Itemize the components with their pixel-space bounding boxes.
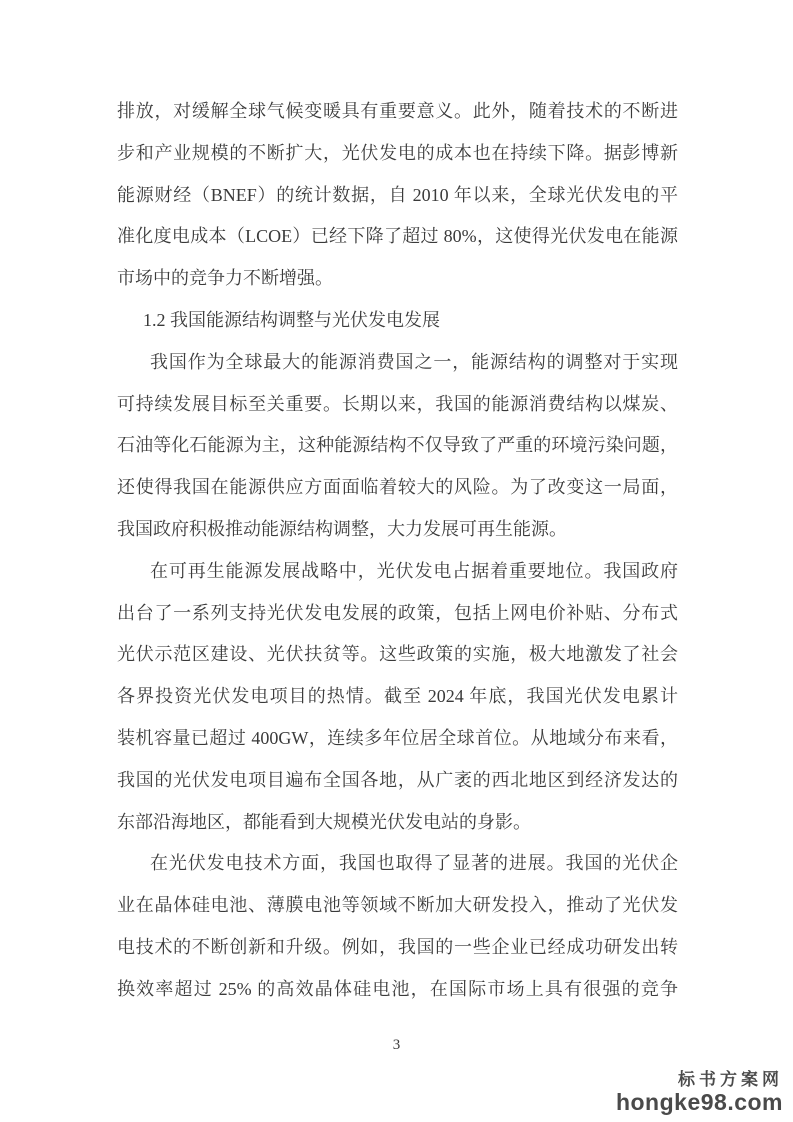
paragraph: 我国作为全球最大的能源消费国之一，能源结构的调整对于实现可持续发展目标至关重要。…: [117, 342, 678, 551]
text-line: 步和产业规模的不断扩大，光伏发电的成本也在持续下降。据彭博新: [117, 133, 678, 175]
text-line: 光伏示范区建设、光伏扶贫等。这些政策的实施，极大地激发了社会: [117, 634, 678, 676]
paragraph: 在光伏发电技术方面，我国也取得了显著的进展。我国的光伏企业在晶体硅电池、薄膜电池…: [117, 843, 678, 1010]
paragraph: 在可再生能源发展战略中，光伏发电占据着重要地位。我国政府出台了一系列支持光伏发电…: [117, 551, 678, 844]
text-line: 在光伏发电技术方面，我国也取得了显著的进展。我国的光伏企: [117, 843, 678, 885]
text-line: 市场中的竞争力不断增强。: [117, 258, 678, 300]
watermark-site-name: 标书方案网: [616, 1068, 783, 1091]
text-line: 换效率超过 25% 的高效晶体硅电池，在国际市场上具有很强的竞争: [117, 969, 678, 1011]
text-line: 各界投资光伏发电项目的热情。截至 2024 年底，我国光伏发电累计: [117, 676, 678, 718]
text-line: 装机容量已超过 400GW，连续多年位居全球首位。从地域分布来看，: [117, 718, 678, 760]
text-line: 排放，对缓解全球气候变暖具有重要意义。此外，随着技术的不断进: [117, 91, 678, 133]
text-line: 我国的光伏发电项目遍布全国各地，从广袤的西北地区到经济发达的: [117, 760, 678, 802]
text-line: 出台了一系列支持光伏发电发展的政策，包括上网电价补贴、分布式: [117, 593, 678, 635]
text-line: 在可再生能源发展战略中，光伏发电占据着重要地位。我国政府: [117, 551, 678, 593]
text-line: 还使得我国在能源供应方面面临着较大的风险。为了改变这一局面，: [117, 467, 678, 509]
text-line: 电技术的不断创新和升级。例如，我国的一些企业已经成功研发出转: [117, 927, 678, 969]
paragraph: 排放，对缓解全球气候变暖具有重要意义。此外，随着技术的不断进步和产业规模的不断扩…: [117, 91, 678, 300]
page-number: 3: [0, 1036, 793, 1054]
watermark: 标书方案网 hongke98.com: [616, 1068, 783, 1114]
text-line: 1.2 我国能源结构调整与光伏发电发展: [117, 300, 678, 342]
text-line: 准化度电成本（LCOE）已经下降了超过 80%，这使得光伏发电在能源: [117, 216, 678, 258]
text-line: 我国作为全球最大的能源消费国之一，能源结构的调整对于实现: [117, 342, 678, 384]
text-block: 排放，对缓解全球气候变暖具有重要意义。此外，随着技术的不断进步和产业规模的不断扩…: [117, 91, 678, 1011]
text-line: 石油等化石能源为主，这种能源结构不仅导致了严重的环境污染问题，: [117, 425, 678, 467]
document-page: 排放，对缓解全球气候变暖具有重要意义。此外，随着技术的不断进步和产业规模的不断扩…: [0, 0, 793, 1122]
text-line: 能源财经（BNEF）的统计数据，自 2010 年以来，全球光伏发电的平: [117, 175, 678, 217]
text-line: 东部沿海地区，都能看到大规模光伏发电站的身影。: [117, 802, 678, 844]
text-line: 我国政府积极推动能源结构调整，大力发展可再生能源。: [117, 509, 678, 551]
text-line: 业在晶体硅电池、薄膜电池等领域不断加大研发投入，推动了光伏发: [117, 885, 678, 927]
watermark-site-url: hongke98.com: [616, 1091, 783, 1114]
text-line: 可持续发展目标至关重要。长期以来，我国的能源消费结构以煤炭、: [117, 384, 678, 426]
section-heading: 1.2 我国能源结构调整与光伏发电发展: [117, 300, 678, 342]
